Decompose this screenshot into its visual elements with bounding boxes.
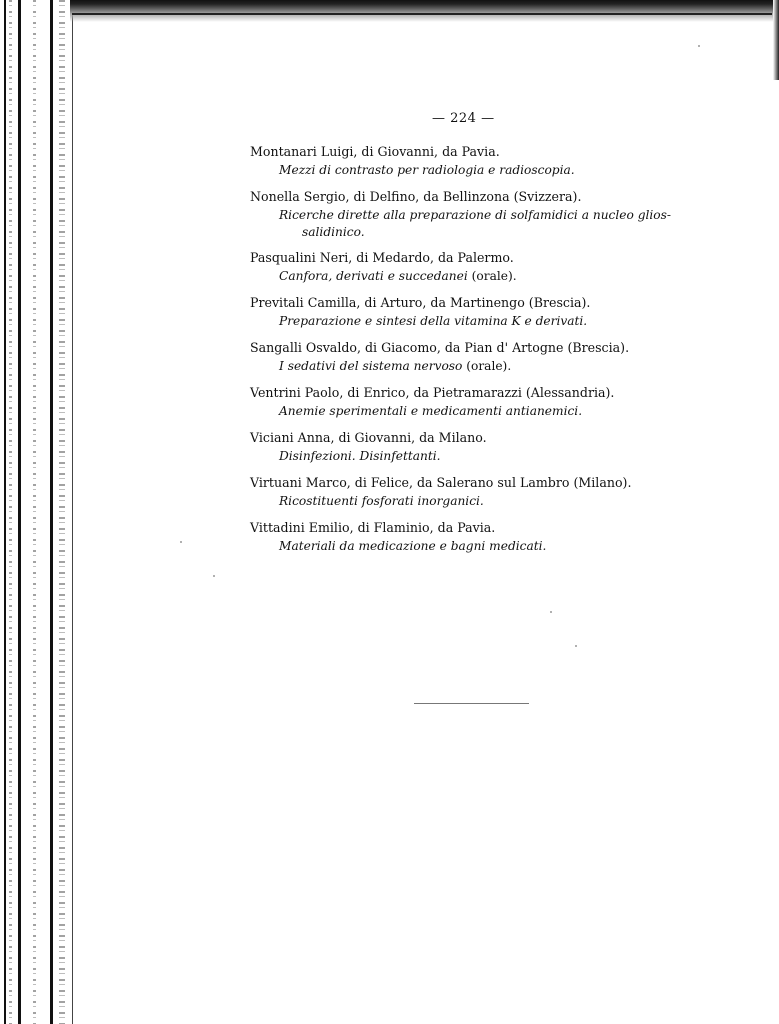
binding-texture [59,0,65,1024]
binding-texture [33,0,36,1024]
binding-line [4,0,6,1024]
list-item: Montanari Luigi, di Giovanni, da Pavia. … [250,143,690,179]
binding-texture [9,0,12,1024]
scan-speck [698,45,700,47]
list-item: Viciani Anna, di Giovanni, da Milano. Di… [250,429,690,465]
thesis-title: Materiali da medicazione e bagni medicat… [250,537,690,555]
scan-right-edge [773,0,779,80]
student-name: Pasqualini Neri, di Medardo, da Palermo. [250,249,690,267]
scan-top-shadow [70,0,779,22]
list-item: Nonella Sergio, di Delfino, da Bellinzon… [250,188,690,240]
list-item: Ventrini Paolo, di Enrico, da Pietramara… [250,384,690,420]
student-name: Virtuani Marco, di Felice, da Salerano s… [250,474,690,492]
thesis-title: Anemie sperimentali e medicamenti antian… [250,402,690,420]
thesis-line: Canfora, derivati e succedanei (orale). [250,267,690,285]
binding-line [18,0,21,1024]
thesis-title: Preparazione e sintesi della vitamina K … [250,312,690,330]
scan-speck [180,541,182,543]
thesis-title: Mezzi di contrasto per radiologia e radi… [250,161,690,179]
scan-speck [575,645,577,647]
student-name: Vittadini Emilio, di Flaminio, da Pavia. [250,519,690,537]
student-name: Previtali Camilla, di Arturo, da Martine… [250,294,690,312]
scan-speck [213,575,215,577]
student-name: Ventrini Paolo, di Enrico, da Pietramara… [250,384,690,402]
thesis-title: Ricostituenti fosforati inorganici. [250,492,690,510]
student-name: Viciani Anna, di Giovanni, da Milano. [250,429,690,447]
thesis-list: Montanari Luigi, di Giovanni, da Pavia. … [250,143,690,564]
scan-speck [550,611,552,613]
list-item: Pasqualini Neri, di Medardo, da Palermo.… [250,249,690,285]
list-item: Virtuani Marco, di Felice, da Salerano s… [250,474,690,510]
exam-note: (orale). [462,359,511,373]
list-item: Previtali Camilla, di Arturo, da Martine… [250,294,690,330]
section-end-rule [414,703,529,704]
student-name: Montanari Luigi, di Giovanni, da Pavia. [250,143,690,161]
page-left-edge [72,0,73,1024]
thesis-title: Ricerche dirette alla preparazione di so… [250,206,690,224]
thesis-title: Canfora, derivati e succedanei [279,269,468,283]
scan-top-edge [72,13,772,15]
list-item: Sangalli Osvaldo, di Giacomo, da Pian d'… [250,339,690,375]
student-name: Sangalli Osvaldo, di Giacomo, da Pian d'… [250,339,690,357]
student-name: Nonella Sergio, di Delfino, da Bellinzon… [250,188,690,206]
exam-note: (orale). [468,269,517,283]
book-binding-edge [0,0,78,1024]
thesis-title: Disinfezioni. Disinfettanti. [250,447,690,465]
list-item: Vittadini Emilio, di Flaminio, da Pavia.… [250,519,690,555]
thesis-line: I sedativi del sistema nervoso (orale). [250,357,690,375]
thesis-title-continuation: salidinico. [250,224,690,240]
page-number: — 224 — [432,111,495,126]
binding-line [50,0,53,1024]
thesis-title: I sedativi del sistema nervoso [279,359,462,373]
